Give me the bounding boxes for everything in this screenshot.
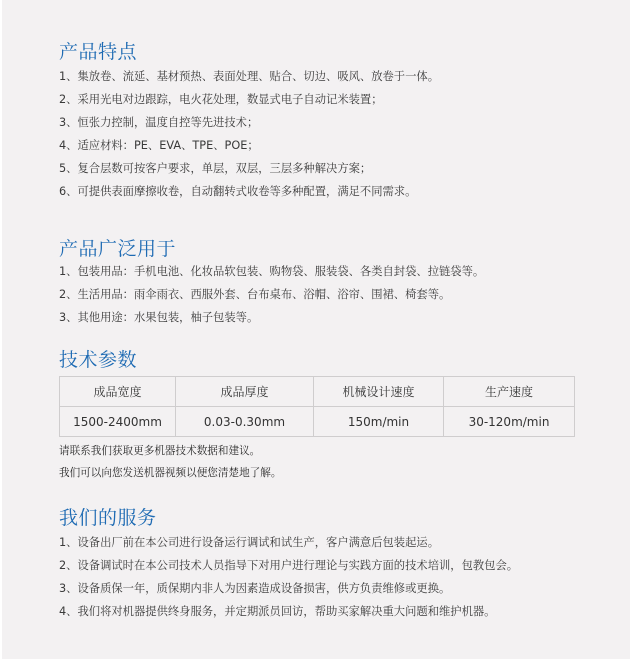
feature-item: 3、恒张力控制，温度自控等先进技术； <box>59 115 258 131</box>
services-heading: 我们的服务 <box>59 507 157 529</box>
specs-value-cell: 1500-2400mm <box>60 407 176 437</box>
specs-note: 我们可以向您发送机器视频以便您清楚地了解。 <box>59 465 281 481</box>
service-item: 1、设备出厂前在本公司进行设备运行调试和试生产，客户满意后包装起运。 <box>59 535 439 551</box>
feature-item: 1、集放卷、流延、基材预热、表面处理、贴合、切边、吸风、放卷于一体。 <box>59 69 439 85</box>
service-item: 2、设备调试时在本公司技术人员指导下对用户进行理论与实践方面的技术培训，包教包会… <box>59 558 518 574</box>
feature-item: 2、采用光电对边跟踪，电火花处理，数显式电子自动记米装置； <box>59 92 383 108</box>
specs-value-cell: 0.03-0.30mm <box>176 407 314 437</box>
specs-value-cell: 30-120m/min <box>444 407 575 437</box>
product-detail-page: 产品特点 1、集放卷、流延、基材预热、表面处理、贴合、切边、吸风、放卷于一体。 … <box>2 0 630 659</box>
service-item: 4、我们将对机器提供终身服务，并定期派员回访，帮助买家解决重大问题和维护机器。 <box>59 604 495 620</box>
application-item: 3、其他用途：水果包装，柚子包装等。 <box>59 310 258 326</box>
specs-header-cell: 机械设计速度 <box>314 377 444 407</box>
applications-heading: 产品广泛用于 <box>59 238 176 260</box>
specs-note: 请联系我们获取更多机器技术数据和建议。 <box>59 443 260 459</box>
specs-header-cell: 成品厚度 <box>176 377 314 407</box>
specs-heading: 技术参数 <box>59 349 137 371</box>
specs-table: 成品宽度 成品厚度 机械设计速度 生产速度 1500-2400mm 0.03-0… <box>59 376 575 437</box>
feature-item: 6、可提供表面摩擦收卷，自动翻转式收卷等多种配置，满足不同需求。 <box>59 184 416 200</box>
application-item: 1、包装用品：手机电池、化妆品软包装、购物袋、服装袋、各类自封袋、拉链袋等。 <box>59 264 484 280</box>
specs-header-cell: 成品宽度 <box>60 377 176 407</box>
specs-header-row: 成品宽度 成品厚度 机械设计速度 生产速度 <box>60 377 575 407</box>
application-item: 2、生活用品：雨伞雨衣、西服外套、台布桌布、浴帽、浴帘、围裙、椅套等。 <box>59 287 450 303</box>
feature-item: 4、适应材料：PE、EVA、TPE、POE； <box>59 138 259 154</box>
service-item: 3、设备质保一年，质保期内非人为因素造成设备损害，供方负责维修或更换。 <box>59 581 450 597</box>
specs-header-cell: 生产速度 <box>444 377 575 407</box>
specs-value-row: 1500-2400mm 0.03-0.30mm 150m/min 30-120m… <box>60 407 575 437</box>
features-heading: 产品特点 <box>59 41 137 63</box>
feature-item: 5、复合层数可按客户要求，单层，双层，三层多种解决方案； <box>59 161 371 177</box>
specs-value-cell: 150m/min <box>314 407 444 437</box>
